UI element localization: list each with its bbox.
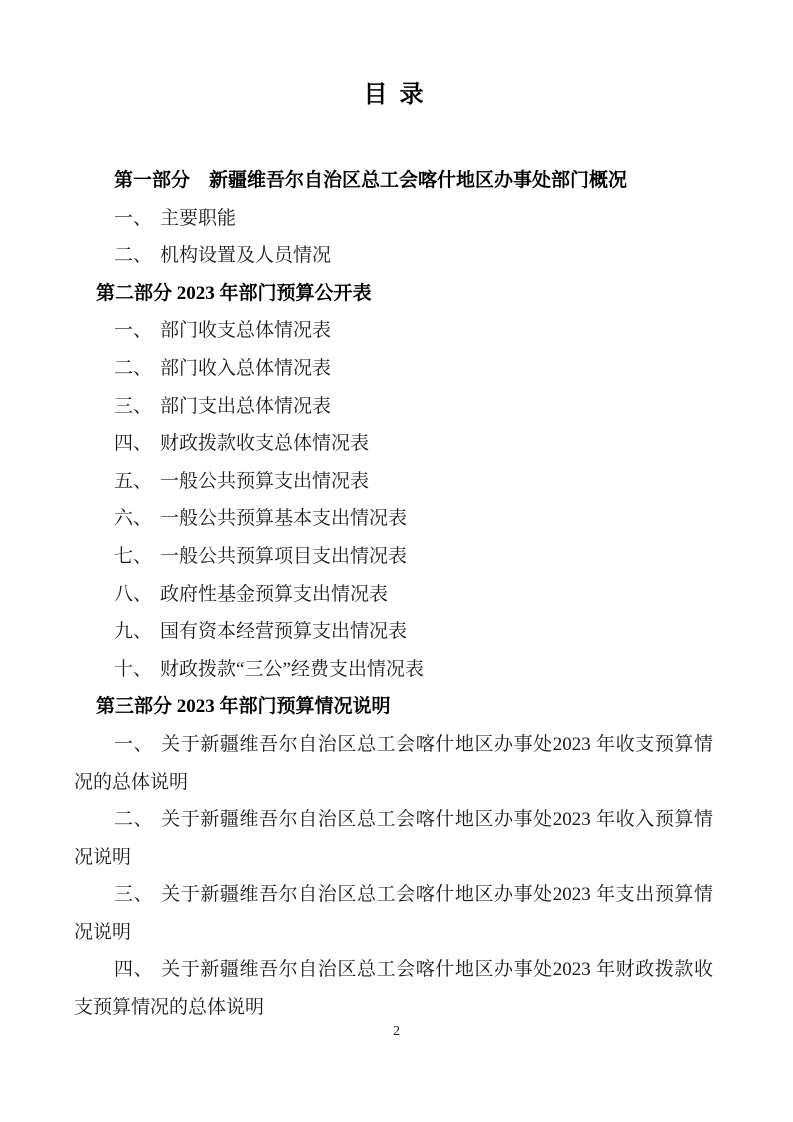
page-number: 2 (0, 1024, 793, 1040)
toc-entry: 十、财政拨款“三公”经费支出情况表 (74, 651, 713, 689)
table-of-contents: 第一部分 新疆维吾尔自治区总工会喀什地区办事处部门概况 一、主要职能 二、机构设… (74, 162, 713, 1027)
toc-entry-number: 四、 (114, 433, 152, 454)
toc-entry: 二、关于新疆维吾尔自治区总工会喀什地区办事处2023 年收入预算情况说明 (74, 801, 713, 876)
section-3-heading: 第三部分 2023 年部门预算情况说明 (74, 688, 713, 726)
toc-entry: 五、一般公共预算支出情况表 (74, 463, 713, 501)
toc-entry-number: 七、 (114, 546, 152, 567)
toc-entry-number: 十、 (114, 659, 152, 680)
toc-entry-number: 三、 (114, 884, 153, 905)
section-2-heading: 第二部分 2023 年部门预算公开表 (74, 275, 713, 313)
toc-entry-number: 二、 (114, 358, 152, 379)
toc-entry-text: 部门收入总体情况表 (160, 358, 331, 379)
toc-entry: 三、关于新疆维吾尔自治区总工会喀什地区办事处2023 年支出预算情况说明 (74, 876, 713, 951)
toc-entry-text: 一般公共预算项目支出情况表 (160, 546, 407, 567)
toc-entry-number: 一、 (114, 320, 152, 341)
toc-entry-text: 财政拨款“三公”经费支出情况表 (160, 659, 424, 680)
toc-entry: 七、一般公共预算项目支出情况表 (74, 538, 713, 576)
toc-entry-text: 国有资本经营预算支出情况表 (160, 621, 407, 642)
document-page: 目 录 第一部分 新疆维吾尔自治区总工会喀什地区办事处部门概况 一、主要职能 二… (0, 0, 793, 1122)
toc-entry-number: 一、 (114, 208, 152, 229)
toc-entry: 六、一般公共预算基本支出情况表 (74, 500, 713, 538)
toc-entry-text: 关于新疆维吾尔自治区总工会喀什地区办事处2023 年收入预算情况说明 (74, 809, 713, 868)
toc-entry-number: 一、 (114, 734, 153, 755)
toc-entry-number: 二、 (114, 245, 152, 266)
toc-entry-number: 四、 (114, 959, 153, 980)
toc-entry-text: 部门收支总体情况表 (160, 320, 331, 341)
toc-entry-text: 部门支出总体情况表 (160, 396, 331, 417)
toc-entry-number: 九、 (114, 621, 152, 642)
toc-entry-number: 六、 (114, 508, 152, 529)
toc-entry-number: 三、 (114, 396, 152, 417)
toc-entry-text: 主要职能 (160, 208, 236, 229)
document-title: 目 录 (74, 0, 713, 110)
toc-entry-text: 关于新疆维吾尔自治区总工会喀什地区办事处2023 年支出预算情况说明 (74, 884, 713, 943)
toc-entry: 二、机构设置及人员情况 (74, 237, 713, 275)
toc-entry: 八、政府性基金预算支出情况表 (74, 576, 713, 614)
toc-entry-text: 机构设置及人员情况 (160, 245, 331, 266)
toc-entry-text: 关于新疆维吾尔自治区总工会喀什地区办事处2023 年财政拨款收支预算情况的总体说… (74, 959, 713, 1018)
toc-entry-text: 关于新疆维吾尔自治区总工会喀什地区办事处2023 年收支预算情况的总体说明 (74, 734, 713, 793)
toc-entry: 四、财政拨款收支总体情况表 (74, 425, 713, 463)
toc-entry-text: 财政拨款收支总体情况表 (160, 433, 369, 454)
section-1-heading: 第一部分 新疆维吾尔自治区总工会喀什地区办事处部门概况 (74, 162, 713, 200)
toc-entry: 一、主要职能 (74, 200, 713, 238)
toc-entry: 一、部门收支总体情况表 (74, 312, 713, 350)
toc-entry-number: 二、 (114, 809, 153, 830)
toc-entry: 三、部门支出总体情况表 (74, 388, 713, 426)
toc-entry-text: 政府性基金预算支出情况表 (160, 584, 388, 605)
toc-entry-text: 一般公共预算基本支出情况表 (160, 508, 407, 529)
toc-entry: 九、国有资本经营预算支出情况表 (74, 613, 713, 651)
toc-entry: 一、关于新疆维吾尔自治区总工会喀什地区办事处2023 年收支预算情况的总体说明 (74, 726, 713, 801)
toc-entry: 二、部门收入总体情况表 (74, 350, 713, 388)
toc-entry: 四、关于新疆维吾尔自治区总工会喀什地区办事处2023 年财政拨款收支预算情况的总… (74, 951, 713, 1026)
toc-entry-number: 五、 (114, 471, 152, 492)
toc-entry-text: 一般公共预算支出情况表 (160, 471, 369, 492)
toc-entry-number: 八、 (114, 584, 152, 605)
